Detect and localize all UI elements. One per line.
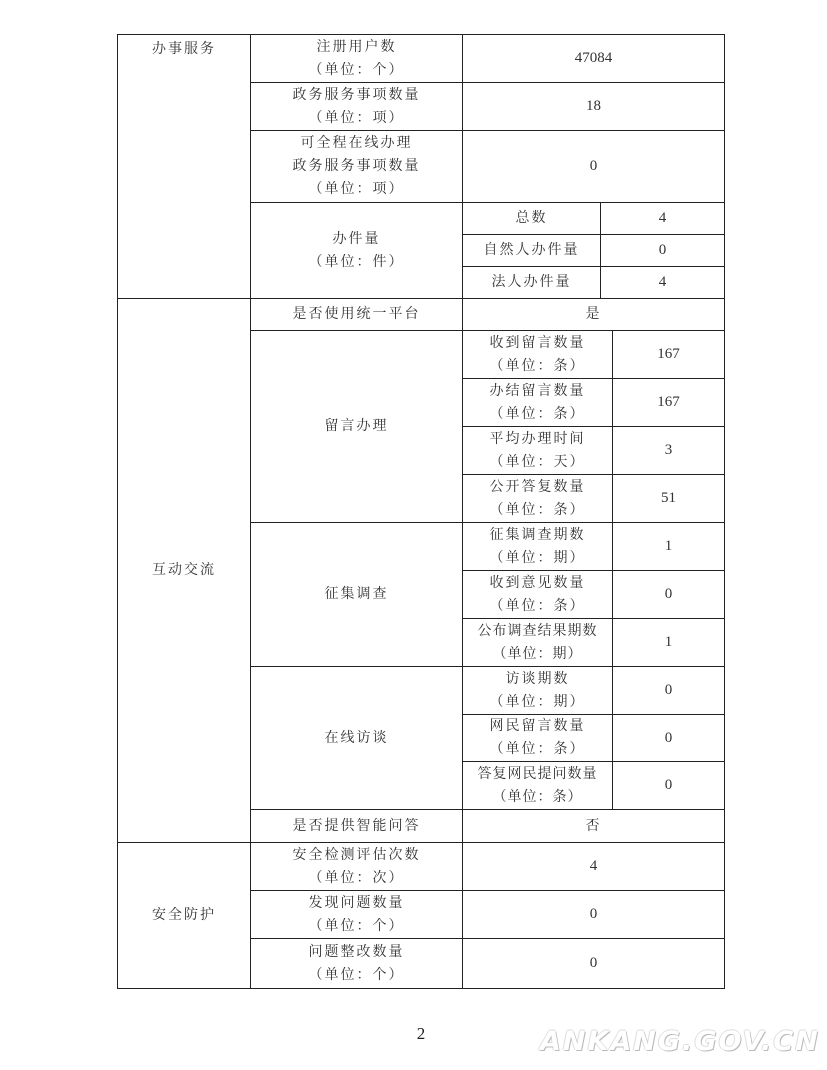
item-name: 安全检测评估次数 <box>293 844 421 867</box>
section-label-text: 办事服务 <box>152 38 216 61</box>
value-cell: 1 <box>613 523 724 570</box>
section-label-text: 安全防护 <box>152 904 216 927</box>
site-watermark: ANKANG.GOV.CN <box>540 1026 820 1057</box>
value-cell: 0 <box>613 715 724 761</box>
item-unit: （单位：期） <box>493 643 583 666</box>
sub-item-cell: 自然人办件量 <box>463 235 600 266</box>
item-value: 0 <box>665 727 673 750</box>
sub-item-cell: 征集调查期数 （单位：期） <box>463 523 612 570</box>
sub-item-label: 办结留言数量 <box>490 380 586 403</box>
item-unit: （单位：条） <box>490 595 586 618</box>
table-border <box>724 34 725 989</box>
value-cell: 3 <box>613 427 724 474</box>
sub-item-label: 收到留言数量 <box>490 332 586 355</box>
sub-item-label: 征集调查期数 <box>490 524 586 547</box>
item-unit: （单位：条） <box>490 403 586 426</box>
group-name-cell: 在线访谈 <box>251 667 462 809</box>
page-number: 2 <box>410 1024 432 1044</box>
item-value: 18 <box>586 95 601 118</box>
item-unit: （单位：条） <box>493 786 583 809</box>
sub-item-cell: 访谈期数 （单位：期） <box>463 667 612 714</box>
item-name-cell: 办件量 （单位：件） <box>251 203 462 298</box>
item-value: 4 <box>659 207 667 230</box>
section-label-interaction: 互动交流 <box>118 299 250 842</box>
item-value: 0 <box>590 952 598 975</box>
sub-item-cell: 总数 <box>463 203 600 234</box>
item-unit: （单位：条） <box>490 355 586 378</box>
item-unit: （单位：个） <box>309 964 405 987</box>
value-cell: 47084 <box>463 35 724 82</box>
sub-item-label: 公布调查结果期数 <box>478 620 598 643</box>
item-value: 否 <box>586 815 602 838</box>
value-cell: 0 <box>601 235 724 266</box>
section-label-service: 办事服务 <box>118 35 250 298</box>
item-unit: （单位：项） <box>309 107 405 130</box>
item-name: 是否提供智能问答 <box>293 815 421 838</box>
table-border <box>117 988 725 989</box>
item-value: 0 <box>665 583 673 606</box>
item-value: 3 <box>665 439 673 462</box>
sub-item-label: 公开答复数量 <box>490 476 586 499</box>
sub-item-cell: 法人办件量 <box>463 267 600 298</box>
item-unit: （单位：次） <box>309 867 405 890</box>
sub-item-label: 访谈期数 <box>506 668 570 691</box>
group-name: 在线访谈 <box>325 727 389 750</box>
item-value: 167 <box>657 343 680 366</box>
item-unit: （单位：天） <box>490 451 586 474</box>
item-name: 是否使用统一平台 <box>293 303 421 326</box>
item-value: 4 <box>659 271 667 294</box>
item-value: 0 <box>590 903 598 926</box>
sub-item-label: 自然人办件量 <box>484 239 580 262</box>
item-name-cell: 可全程在线办理 政务服务事项数量 （单位：项） <box>251 131 462 202</box>
sub-item-cell: 网民留言数量 （单位：条） <box>463 715 612 761</box>
sub-item-label: 法人办件量 <box>492 271 572 294</box>
value-cell: 否 <box>463 810 724 842</box>
value-cell: 167 <box>613 331 724 378</box>
value-cell: 是 <box>463 299 724 330</box>
item-unit: （单位：个） <box>309 915 405 938</box>
item-value: 0 <box>665 774 673 797</box>
section-label-security: 安全防护 <box>118 843 250 988</box>
item-unit: （单位：条） <box>490 738 586 761</box>
item-name: 注册用户数 <box>317 36 397 59</box>
value-cell: 4 <box>601 203 724 234</box>
item-name: 办件量 <box>333 228 381 251</box>
item-name-cell: 是否提供智能问答 <box>251 810 462 842</box>
value-cell: 167 <box>613 379 724 426</box>
item-value: 0 <box>665 679 673 702</box>
section-label-text: 互动交流 <box>152 559 216 582</box>
item-value: 是 <box>586 303 602 326</box>
item-unit: （单位：期） <box>490 691 586 714</box>
item-name: 政务服务事项数量 <box>293 155 421 178</box>
item-value: 1 <box>665 535 673 558</box>
value-cell: 0 <box>463 939 724 988</box>
sub-item-cell: 公布调查结果期数 （单位：期） <box>463 619 612 666</box>
item-value: 0 <box>659 239 667 262</box>
sub-item-label: 平均办理时间 <box>490 428 586 451</box>
item-value: 1 <box>665 631 673 654</box>
item-unit: （单位：件） <box>309 251 405 274</box>
item-name-cell: 政务服务事项数量 （单位：项） <box>251 83 462 130</box>
group-name-cell: 征集调查 <box>251 523 462 666</box>
item-name-cell: 问题整改数量 （单位：个） <box>251 939 462 988</box>
sub-item-cell: 答复网民提问数量 （单位：条） <box>463 762 612 809</box>
value-cell: 18 <box>463 83 724 130</box>
group-name: 留言办理 <box>325 415 389 438</box>
value-cell: 4 <box>601 267 724 298</box>
group-name: 征集调查 <box>325 583 389 606</box>
item-name-cell: 是否使用统一平台 <box>251 299 462 330</box>
item-name: 发现问题数量 <box>309 892 405 915</box>
value-cell: 0 <box>613 762 724 809</box>
value-cell: 0 <box>463 891 724 938</box>
item-value: 51 <box>661 487 676 510</box>
value-cell: 0 <box>613 667 724 714</box>
item-value: 47084 <box>575 47 613 70</box>
item-name: 可全程在线办理 <box>301 132 413 155</box>
item-value: 167 <box>657 391 680 414</box>
item-name: 政务服务事项数量 <box>293 84 421 107</box>
item-unit: （单位：个） <box>309 59 405 82</box>
item-name-cell: 安全检测评估次数 （单位：次） <box>251 843 462 890</box>
sub-item-cell: 公开答复数量 （单位：条） <box>463 475 612 522</box>
item-unit: （单位：条） <box>490 499 586 522</box>
sub-item-label: 收到意见数量 <box>490 572 586 595</box>
item-name-cell: 注册用户数 （单位：个） <box>251 35 462 82</box>
value-cell: 51 <box>613 475 724 522</box>
item-name-cell: 发现问题数量 （单位：个） <box>251 891 462 938</box>
value-cell: 0 <box>463 131 724 202</box>
item-name: 问题整改数量 <box>309 941 405 964</box>
sub-item-cell: 收到留言数量 （单位：条） <box>463 331 612 378</box>
sub-item-cell: 平均办理时间 （单位：天） <box>463 427 612 474</box>
value-cell: 0 <box>613 571 724 618</box>
group-name-cell: 留言办理 <box>251 331 462 522</box>
value-cell: 1 <box>613 619 724 666</box>
value-cell: 4 <box>463 843 724 890</box>
item-unit: （单位：期） <box>490 547 586 570</box>
sub-item-cell: 办结留言数量 （单位：条） <box>463 379 612 426</box>
item-value: 4 <box>590 855 598 878</box>
item-value: 0 <box>590 155 598 178</box>
sub-item-label: 总数 <box>516 207 548 230</box>
sub-item-label: 答复网民提问数量 <box>478 763 598 786</box>
sub-item-cell: 收到意见数量 （单位：条） <box>463 571 612 618</box>
item-unit: （单位：项） <box>309 178 405 201</box>
sub-item-label: 网民留言数量 <box>490 715 586 738</box>
